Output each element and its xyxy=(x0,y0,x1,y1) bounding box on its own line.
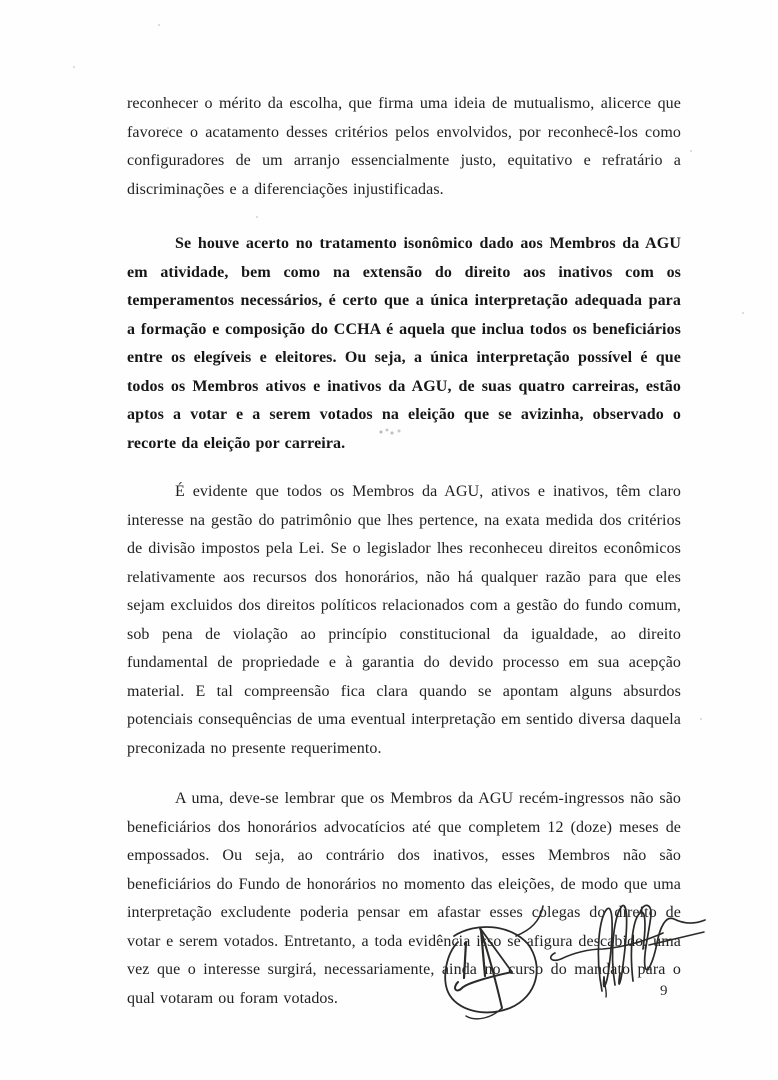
scan-speckle xyxy=(167,127,169,129)
scan-speckle xyxy=(690,150,692,152)
paragraph-continuation: reconhecer o mérito da escolha, que firm… xyxy=(127,90,681,204)
document-page: reconhecer o mérito da escolha, que firm… xyxy=(0,0,778,1080)
text-column: reconhecer o mérito da escolha, que firm… xyxy=(127,90,681,1013)
scan-speckle xyxy=(700,718,702,720)
scan-smudge xyxy=(378,428,404,435)
scan-speckle xyxy=(742,312,744,314)
scan-speckle xyxy=(158,24,160,26)
scan-speckle xyxy=(73,66,75,68)
page-number: 9 xyxy=(660,983,668,1000)
paragraph-bold-isonomic-treatment: Se houve acerto no tratamento isonômico … xyxy=(127,230,681,458)
paragraph-evident-interest: É evidente que todos os Membros da AGU, … xyxy=(127,478,681,763)
scan-speckle xyxy=(256,216,258,218)
paragraph-a-uma-recem-ingressos: A uma, deve-se lembrar que os Membros da… xyxy=(127,785,681,1013)
